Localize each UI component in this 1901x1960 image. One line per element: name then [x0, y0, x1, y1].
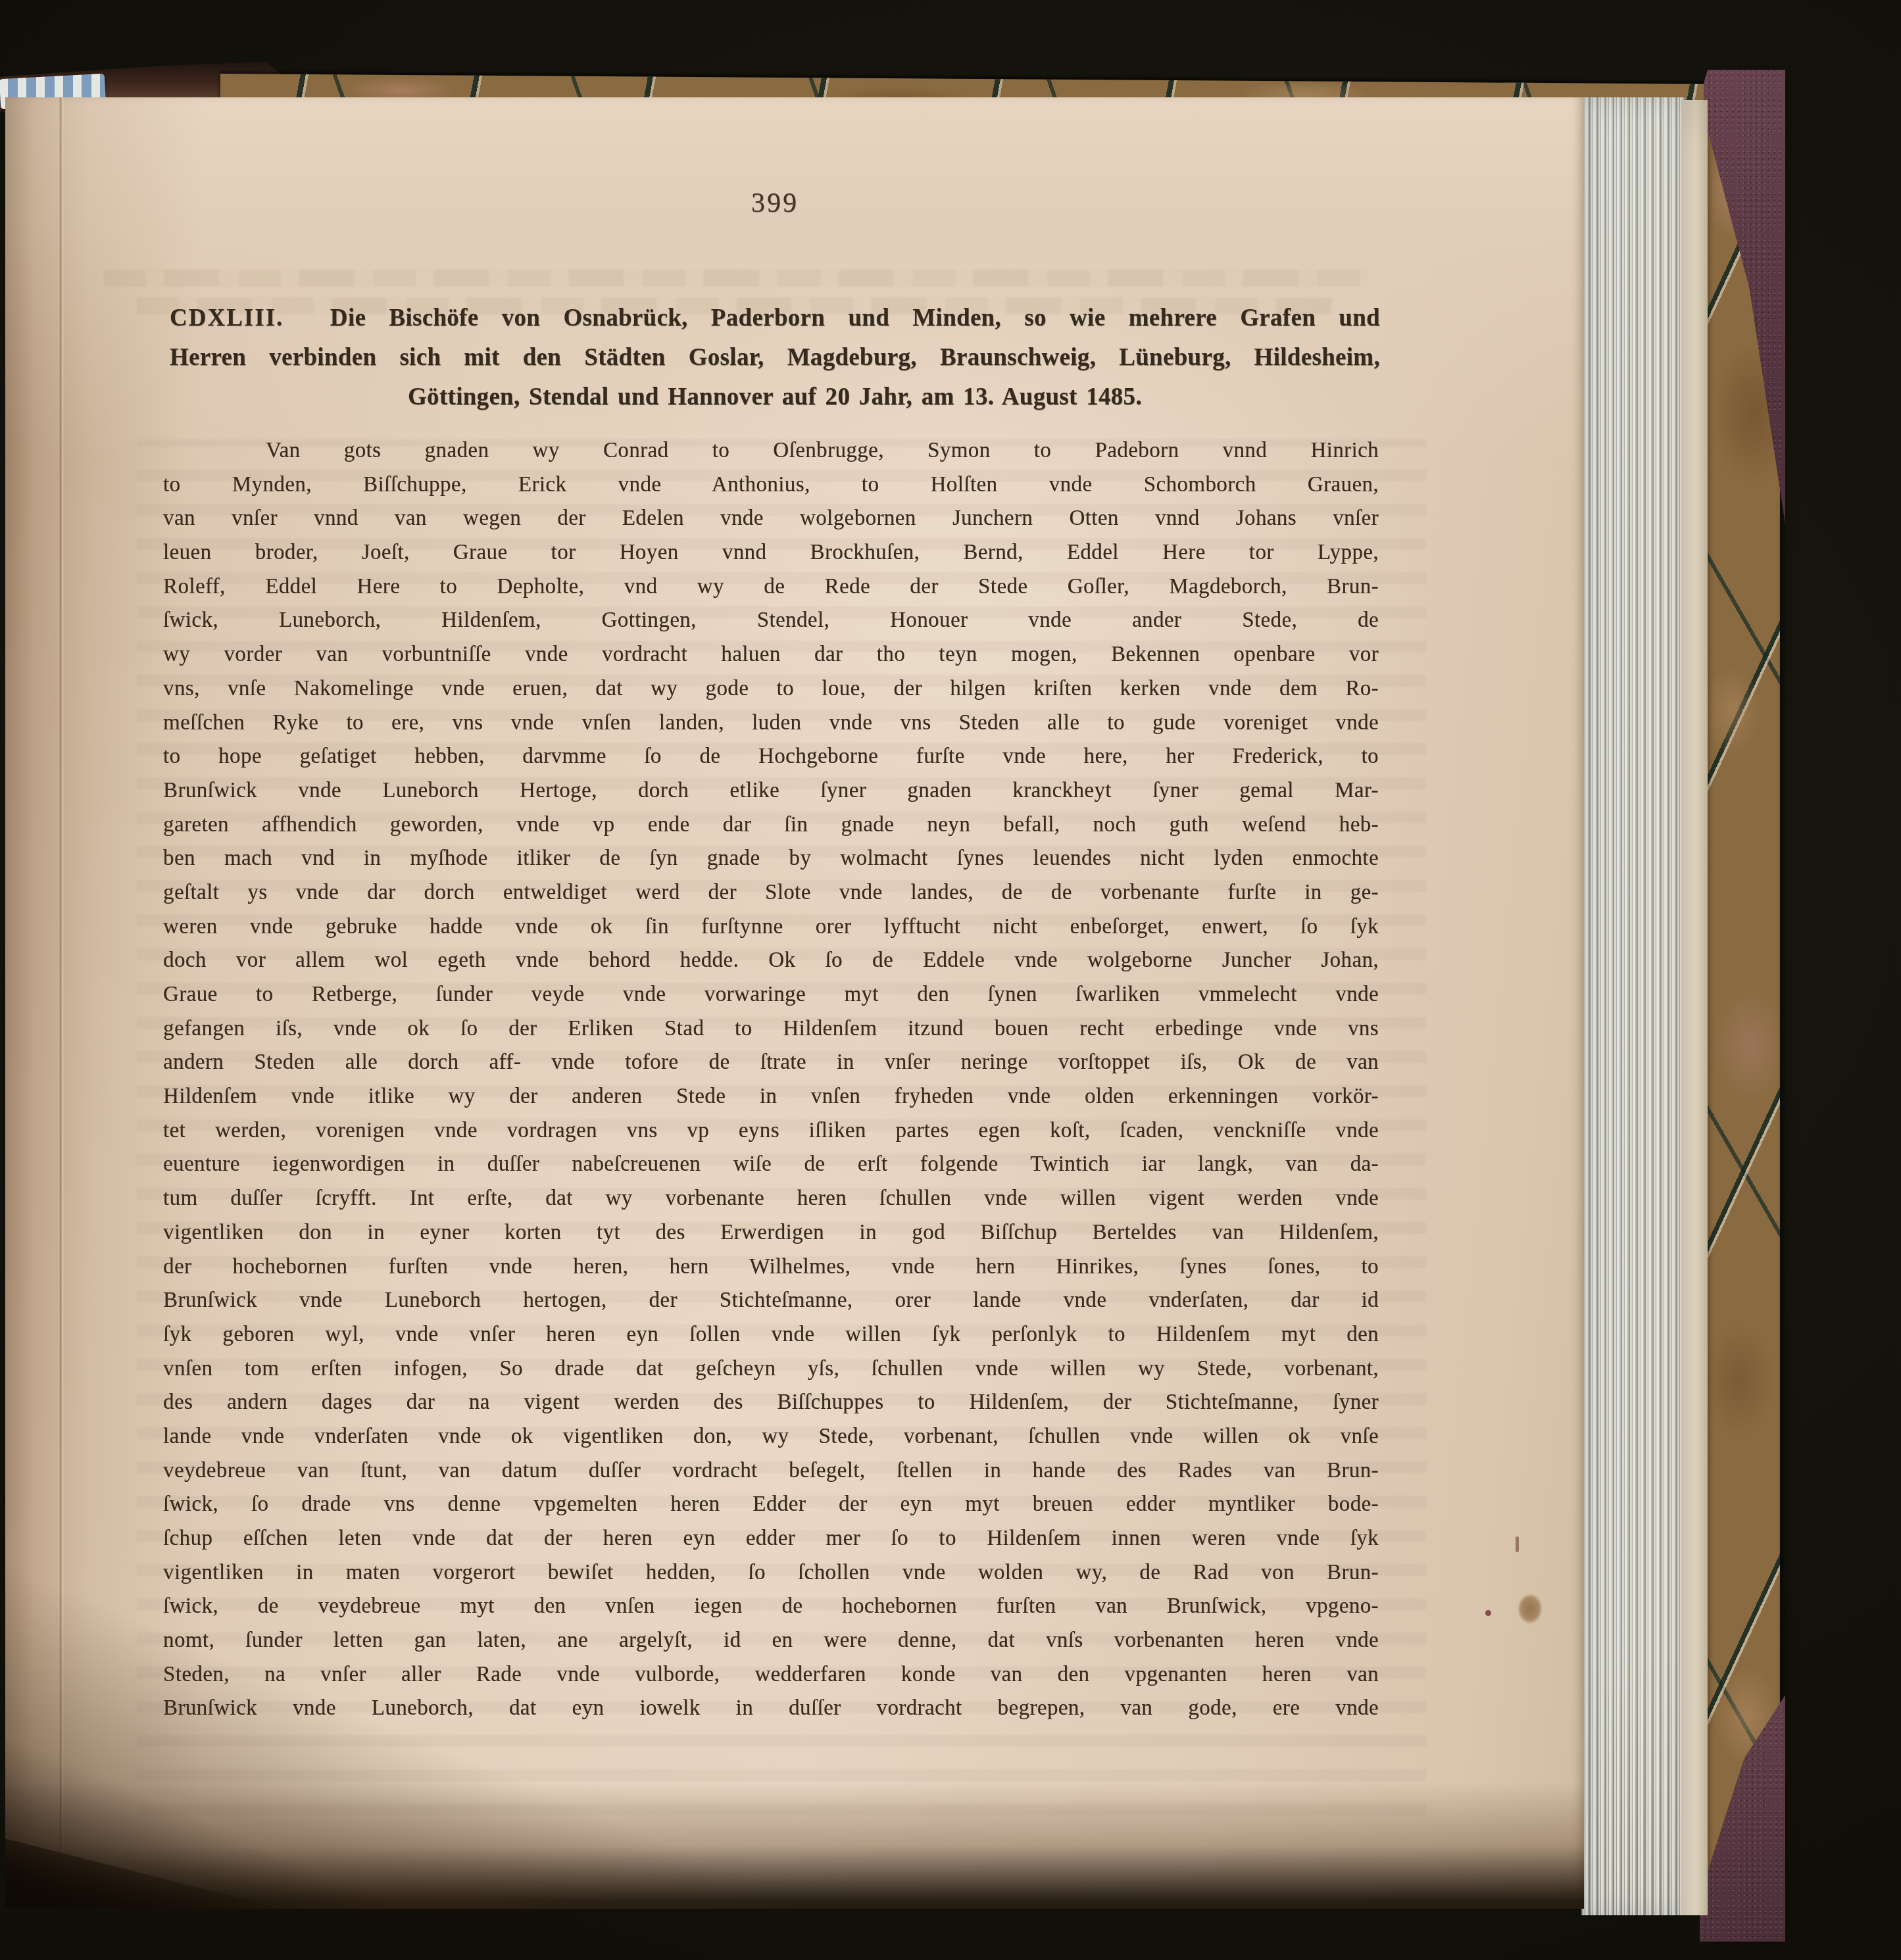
heading-line: Herren verbinden sich mit den Städten Go…: [170, 338, 1380, 378]
body-text-line: der hochebornen furſten vnde heren, hern…: [163, 1250, 1379, 1285]
body-text-line: veydebreue van ſtunt, van datum duſſer v…: [163, 1454, 1379, 1488]
body-text-line: Roleff, Eddel Here to Depholte, vnd wy d…: [163, 570, 1379, 604]
page-block-fore-edge: [1581, 97, 1685, 1915]
document-body: Van gots gnaden wy Conrad to Oſenbrugge,…: [163, 434, 1379, 1726]
body-text-line: ſwick, Luneborch, Hildenſem, Gottingen, …: [163, 604, 1379, 638]
endpaper-edge: [1681, 100, 1708, 1915]
body-text-line: ſwick, de veydebreue myt den vnſen iegen…: [163, 1590, 1379, 1624]
body-text-line: vnſen tom erſten infogen, So drade dat g…: [163, 1352, 1379, 1386]
body-text-line: Brunſwick vnde Luneborch Hertoge, dorch …: [163, 774, 1379, 808]
body-text-line: gefangen iſs, vnde ok ſo der Erliken Sta…: [163, 1012, 1379, 1046]
body-text-line: nomt, ſunder letten gan laten, ane argel…: [163, 1624, 1379, 1658]
body-text-line: meſſchen Ryke to ere, vns vnde vnſen lan…: [163, 706, 1379, 741]
ink-speck: [1485, 1610, 1491, 1616]
gutter-crease: [59, 97, 64, 1909]
body-text-line: tum duſſer ſcryfft. Int erſte, dat wy vo…: [163, 1182, 1379, 1216]
body-text-line: Van gots gnaden wy Conrad to Oſenbrugge,…: [163, 434, 1379, 468]
body-text-line: Hildenſem vnde itlike wy der anderen Ste…: [163, 1080, 1379, 1114]
body-text-line: to Mynden, Biſſchuppe, Erick vnde Anthon…: [163, 468, 1379, 502]
body-text-line: Brunſwick vnde Luneborch hertogen, der S…: [163, 1284, 1379, 1318]
body-text-line: Brunſwick vnde Luneborch, dat eyn iowelk…: [163, 1692, 1379, 1726]
document-numeral: CDXLIII.: [170, 305, 284, 331]
body-text-line: weren vnde gebruke hadde vnde ok ſin fur…: [163, 910, 1379, 944]
photo-background: 399 CDXLIII. Die Bischöfe von Osnabrück,…: [0, 0, 1901, 1960]
body-text-line: Graue to Retberge, ſunder veyde vnde vor…: [163, 978, 1379, 1012]
body-text-line: tet werden, vorenigen vnde vordragen vns…: [163, 1114, 1379, 1148]
body-text-line: ſyk geboren wyl, vnde vnſer heren eyn ſo…: [163, 1318, 1379, 1352]
body-text-line: wy vorder van vorbuntniſſe vnde vordrach…: [163, 638, 1379, 672]
ink-blot: [1518, 1594, 1542, 1623]
document-heading: CDXLIII. Die Bischöfe von Osnabrück, Pad…: [170, 299, 1380, 417]
body-text-line: ſchup eſſchen leten vnde dat der heren e…: [163, 1522, 1379, 1556]
body-text-line: lande vnde vnderſaten vnde ok vigentlike…: [163, 1420, 1379, 1454]
heading-line: Göttingen, Stendal und Hannover auf 20 J…: [170, 378, 1380, 417]
body-text-line: van vnſer vnnd van wegen der Edelen vnde…: [163, 502, 1379, 536]
verso-show-through: [104, 270, 1367, 287]
page-bottom-curl-shadow: [5, 1823, 282, 1909]
body-text-line: euenture iegenwordigen in duſſer nabeſcr…: [163, 1148, 1379, 1182]
body-text-line: des andern dages dar na vigent werden de…: [163, 1386, 1379, 1420]
body-text-line: leuen broder, Joeſt, Graue tor Hoyen vnn…: [163, 536, 1379, 570]
book-page: 399 CDXLIII. Die Bischöfe von Osnabrück,…: [5, 97, 1584, 1909]
body-text-line: Steden, na vnſer aller Rade vnde vulbord…: [163, 1658, 1379, 1692]
body-text-line: vns, vnſe Nakomelinge vnde eruen, dat wy…: [163, 672, 1379, 706]
body-text-line: gareten affhendich geworden, vnde vp end…: [163, 808, 1379, 843]
body-text-line: geſtalt ys vnde dar dorch entweldiget we…: [163, 876, 1379, 910]
body-text-line: doch vor allem wol egeth vnde behord hed…: [163, 944, 1379, 978]
body-text-line: ben mach vnd in myſhode itliker de ſyn g…: [163, 842, 1379, 876]
body-text-line: to hope geſatiget hebben, darvmme ſo de …: [163, 740, 1379, 774]
body-text-line: andern Steden alle dorch aff- vnde tofor…: [163, 1046, 1379, 1080]
heading-text: Die Bischöfe von Osnabrück, Paderborn un…: [330, 305, 1380, 331]
body-text-line: vigentliken in maten vorgerort bewiſet h…: [163, 1556, 1379, 1590]
heading-line: CDXLIII. Die Bischöfe von Osnabrück, Pad…: [170, 299, 1380, 338]
page-number: 399: [170, 189, 1380, 217]
body-text-line: vigentliken don in eyner korten tyt des …: [163, 1216, 1379, 1250]
ink-speck: [1516, 1536, 1519, 1552]
body-text-line: ſwick, ſo drade vns denne vpgemelten her…: [163, 1488, 1379, 1522]
